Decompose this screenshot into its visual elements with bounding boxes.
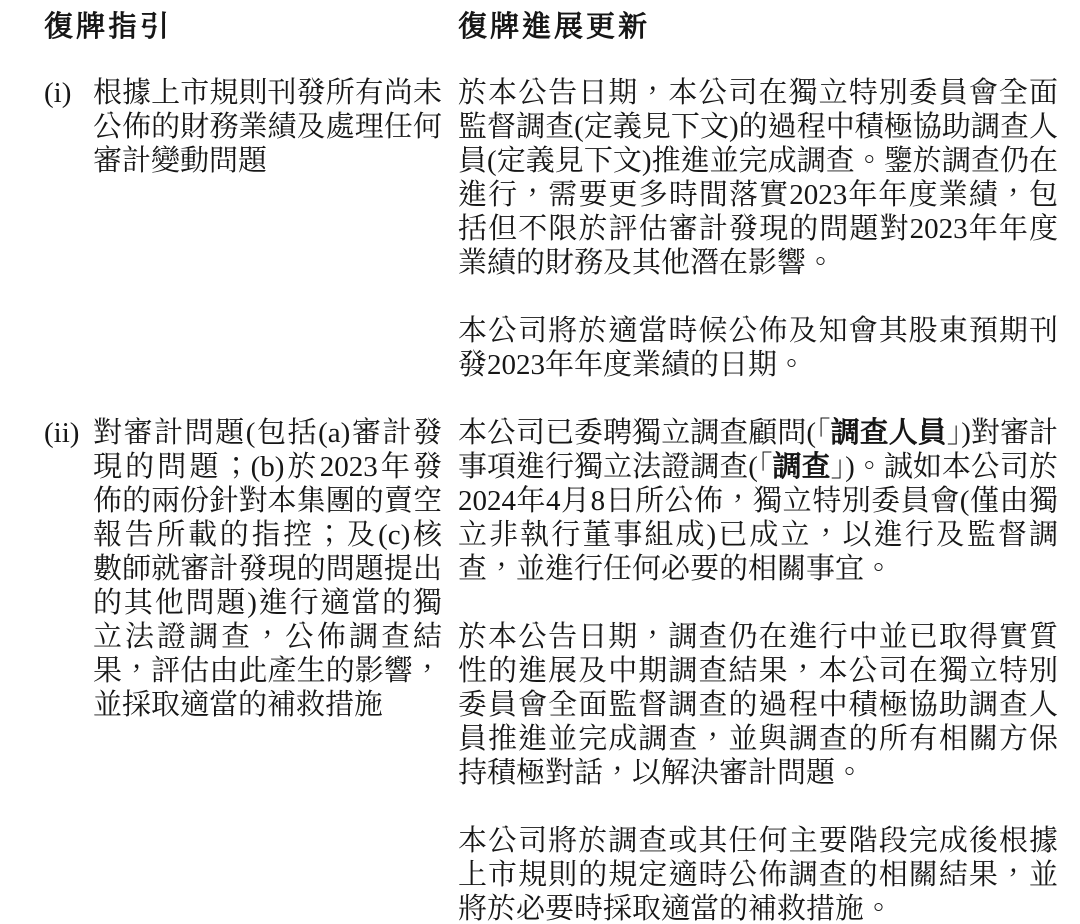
text-run: 於本公告日期，本公司在獨立特別委員會全面監督調查(定義見下文)的過程中積極協助調… [458,77,1058,279]
defined-term: 調查人員 [831,417,947,449]
guidance-row: (i)根據上市規則刊發所有尚未公佈的財務業績及處理任何審計變動問題於本公告日期，… [44,76,1060,382]
progress-paragraph: 於本公告日期，本公司在獨立特別委員會全面監督調查(定義見下文)的過程中積極協助調… [458,76,1058,280]
row-marker: (i) [44,76,93,110]
text-run: 本公司已委聘獨立調查顧問(「 [458,417,831,449]
progress-update-cell: 本公司已委聘獨立調查顧問(「調查人員」)對審計事項進行獨立法證調查(「調查」)。… [458,416,1058,924]
progress-paragraph: 本公司已委聘獨立調查顧問(「調查人員」)對審計事項進行獨立法證調查(「調查」)。… [458,416,1058,586]
guidance-row: (ii)對審計問題(包括(a)審計發現的問題；(b)於2023年發佈的兩份針對本… [44,416,1060,924]
row-marker: (ii) [44,416,93,450]
guidance-column-header: 復牌指引 [44,10,458,44]
announcement-page: 復牌指引 復牌進展更新 (i)根據上市規則刊發所有尚未公佈的財務業績及處理任何審… [0,0,1080,924]
progress-paragraph: 本公司將於調查或其任何主要階段完成後根據上市規則的規定適時公佈調查的相關結果，並… [458,824,1058,924]
progress-update-cell: 於本公告日期，本公司在獨立特別委員會全面監督調查(定義見下文)的過程中積極協助調… [458,76,1058,382]
table-body: (i)根據上市規則刊發所有尚未公佈的財務業績及處理任何審計變動問題於本公告日期，… [44,76,1060,924]
table-header-row: 復牌指引 復牌進展更新 [44,10,1060,44]
guidance-text: 對審計問題(包括(a)審計發現的問題；(b)於2023年發佈的兩份針對本集團的賣… [93,416,442,722]
defined-term: 調查 [773,451,831,483]
text-run: 於本公告日期，調查仍在進行中並已取得實質性的進展及中期調查結果，本公司在獨立特別… [458,621,1058,789]
text-run: 本公司將於調查或其任何主要階段完成後根據上市規則的規定適時公佈調查的相關結果，並… [458,825,1058,924]
text-run: 本公司將於適當時候公佈及知會其股東預期刊發2023年年度業績的日期。 [458,315,1058,381]
guidance-text: 根據上市規則刊發所有尚未公佈的財務業績及處理任何審計變動問題 [93,76,442,178]
progress-paragraph: 於本公告日期，調查仍在進行中並已取得實質性的進展及中期調查結果，本公司在獨立特別… [458,620,1058,790]
progress-paragraph: 本公司將於適當時候公佈及知會其股東預期刊發2023年年度業績的日期。 [458,314,1058,382]
progress-column-header: 復牌進展更新 [458,10,1060,44]
